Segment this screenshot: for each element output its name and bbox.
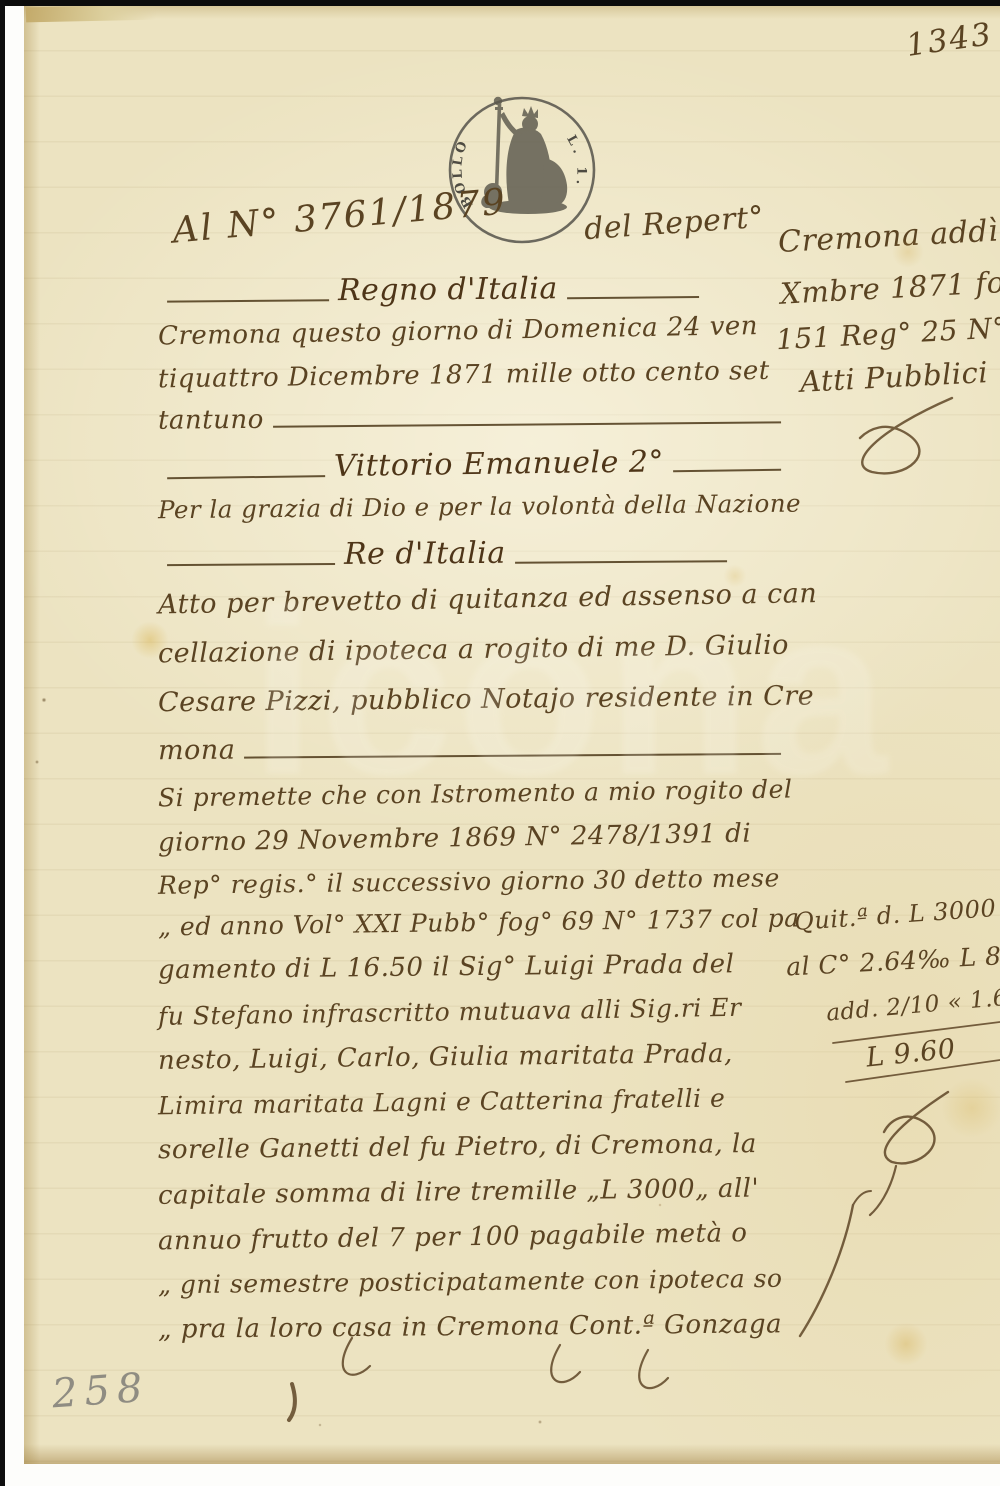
revenue-stamp-seal: BOLLO L. 1. (436, 84, 608, 256)
scanner-edge-top (0, 0, 1000, 6)
heading-rule (167, 563, 335, 566)
pencil-number: 258 (51, 1365, 151, 1418)
heading-rule (244, 753, 781, 759)
document-line: tantuno (158, 400, 790, 436)
document-line: mona (158, 731, 790, 766)
document-line-text: gamento di L 16.50 il Sig° Luigi Prada d… (158, 949, 735, 985)
document-line-text: tantuno (158, 405, 264, 436)
heading-rule (167, 475, 325, 479)
svg-text:L. 1.: L. 1. (563, 133, 588, 190)
heading-rule (515, 560, 727, 563)
scanned-document: 1343 BOLLO L. 1. Al N° 3761/1879 d (0, 0, 1000, 1486)
heading-rule (167, 299, 329, 302)
document-line-text: Regno d'Italia (338, 271, 558, 308)
document-line: Re d'Italia (158, 534, 790, 573)
document-line-text: Vittorio Emanuele 2° (334, 444, 665, 484)
scanner-edge-left (0, 0, 5, 1486)
heading-rule (673, 469, 781, 473)
paper-top-fold (26, 5, 156, 23)
document-line-text: mona (158, 735, 236, 767)
document-line: Cesare Pizzi, pubblico Notajo residente … (158, 681, 790, 719)
document-line-text: sorelle Ganetti del fu Pietro, di Cremon… (158, 1129, 757, 1165)
document-line: „ pra la loro casa in Cremona Cont.ª Gon… (158, 1309, 790, 1345)
document-line-text: Re d'Italia (344, 536, 506, 572)
document-line: Regno d'Italia (158, 269, 790, 310)
heading-rule (273, 421, 781, 427)
stamp-right-text: L. 1. (563, 133, 588, 190)
heading-rule (567, 296, 699, 299)
document-line-text: „ pra la loro casa in Cremona Cont.ª Gon… (158, 1309, 782, 1344)
